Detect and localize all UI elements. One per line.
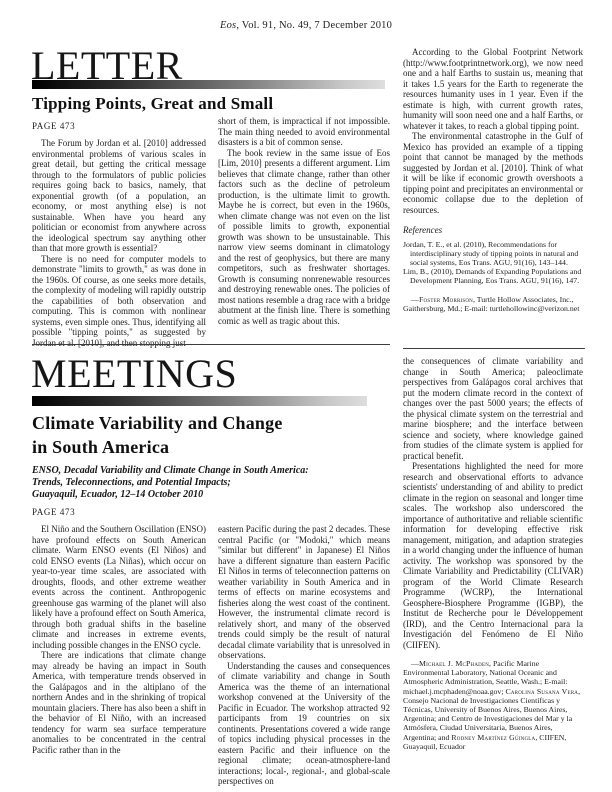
letter-column-3: According to the Global Footprint Networ…: [403, 47, 583, 313]
letter-author-signature: —Foster Morrison, Turtle Hollow Associat…: [403, 295, 583, 313]
meetings-column-2: eastern Pacific during the past 2 decade…: [218, 524, 390, 787]
section-divider-rule-left: [32, 344, 390, 345]
running-head: Eos, Vol. 91, No. 49, 7 December 2010: [0, 20, 612, 31]
letter-title: Tipping Points, Great and Small: [32, 92, 273, 115]
meetings-paragraph: There are indications that climate chang…: [32, 650, 206, 755]
meetings-author-signature: —Michael J. McPhaden, Pacific Marine Env…: [403, 659, 583, 751]
section-divider-rule-right: [403, 348, 585, 349]
letter-gradient-bar: [32, 80, 385, 89]
meetings-paragraph: eastern Pacific during the past 2 decade…: [218, 524, 390, 661]
meetings-title-line-2: in South America: [32, 435, 283, 459]
letter-paragraph: The environmental catastrophe in the Gul…: [403, 131, 583, 215]
letter-column-2: short of them, is impractical if not imp…: [218, 116, 390, 326]
meetings-paragraph: the consequences of climate variability …: [403, 356, 583, 461]
letter-paragraph: The book review in the same issue of Eos…: [218, 148, 390, 327]
meetings-subtitle: ENSO, Decadal Variability and Climate Ch…: [32, 465, 392, 501]
author-name: Carolina Susana Vera: [505, 687, 578, 696]
reference-entry: Jordan, T. E., et al. (2010), Recommenda…: [403, 240, 583, 268]
meetings-subtitle-line: Guayaquil, Ecuador, 12–14 October 2010: [32, 489, 392, 501]
letter-column-1: The Forum by Jordan et al. [2010] addres…: [32, 138, 206, 348]
author-name: —Michael J. McPhaden: [411, 659, 489, 668]
author-name: Rodney Martínez Güingla: [451, 733, 535, 742]
meetings-page-ref: PAGE 473: [32, 507, 75, 517]
letter-paragraph: short of them, is impractical if not imp…: [218, 116, 390, 148]
meetings-subtitle-line: ENSO, Decadal Variability and Climate Ch…: [32, 465, 392, 477]
letter-paragraph: According to the Global Footprint Networ…: [403, 47, 583, 131]
letter-paragraph: The Forum by Jordan et al. [2010] addres…: [32, 138, 206, 254]
meetings-column-1: El Niño and the Southern Oscillation (EN…: [32, 524, 206, 755]
issue-info: , Vol. 91, No. 49, 7 December 2010: [236, 20, 392, 31]
meetings-paragraph: Presentations highlighted the need for m…: [403, 461, 583, 650]
meetings-column-3: the consequences of climate variability …: [403, 356, 583, 751]
meetings-subtitle-line: Trends, Teleconnections, and Potential I…: [32, 477, 392, 489]
author-name: —Foster Morrison: [411, 295, 473, 304]
journal-page: Eos, Vol. 91, No. 49, 7 December 2010 LE…: [0, 0, 612, 792]
meetings-gradient-bar: [32, 396, 367, 406]
meetings-title: Climate Variability and Change in South …: [32, 411, 283, 459]
meetings-title-line-1: Climate Variability and Change: [32, 411, 283, 435]
meetings-paragraph: Understanding the causes and consequence…: [218, 661, 390, 787]
meetings-paragraph: El Niño and the Southern Oscillation (EN…: [32, 524, 206, 650]
journal-name: Eos: [220, 20, 236, 31]
reference-entry: Lim, B., (2010), Demands of Expanding Po…: [403, 267, 583, 285]
letter-page-ref: PAGE 473: [32, 121, 75, 131]
meetings-section-label: MEETINGS: [31, 354, 237, 394]
references-heading: References: [403, 225, 583, 236]
letter-paragraph: There is no need for computer models to …: [32, 254, 206, 349]
